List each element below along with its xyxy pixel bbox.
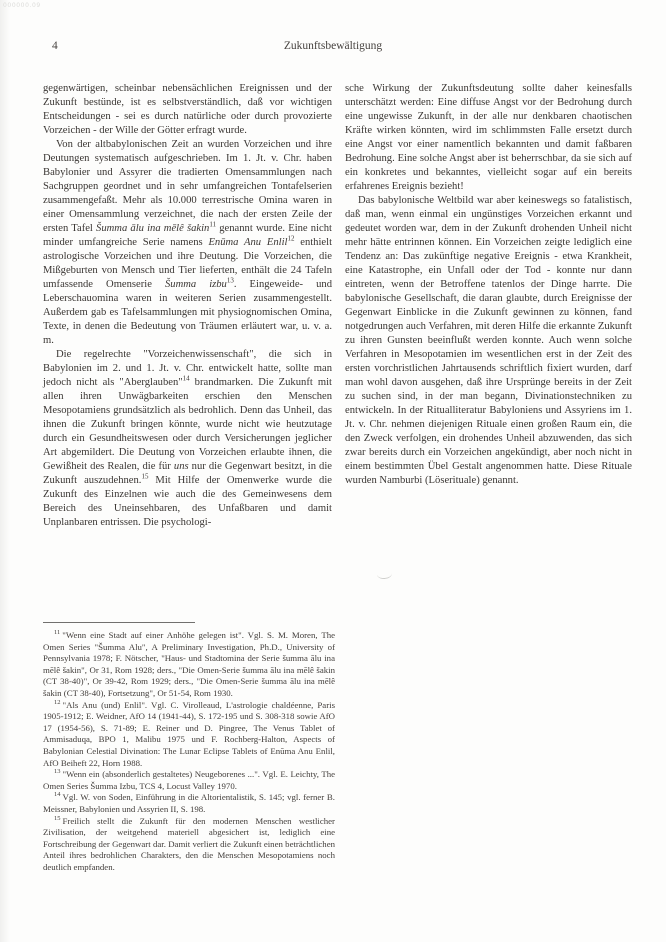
- text-run: "Als Anu (und) Enlil". Vgl. C. Virolleau…: [43, 700, 335, 768]
- footnote-11: 11"Wenn eine Stadt auf einer Anhöhe gele…: [43, 630, 335, 700]
- pencil-mark: [377, 571, 392, 579]
- footnote-reference: 13: [227, 276, 234, 284]
- footnote-12: 12"Als Anu (und) Enlil". Vgl. C. Virolle…: [43, 700, 335, 770]
- text-run: Freilich stellt die Zukunft für den mode…: [43, 816, 335, 872]
- footnote-number: 15: [54, 815, 63, 822]
- paragraph: Die regelrechte "Vorzeichenwissenschaft"…: [43, 348, 332, 530]
- italic-text: Šumma ālu ina mēlê šakin: [96, 223, 209, 234]
- text-run: "Wenn eine Stadt auf einer Anhöhe gelege…: [43, 630, 335, 698]
- text-run: "Wenn ein (absonderlich gestaltetes) Neu…: [43, 769, 335, 791]
- scan-watermark: 000000.09: [3, 2, 41, 9]
- text-run: brandmarken. Die Zukunft mit allen ihren…: [43, 377, 332, 472]
- scan-edge-shadow: [0, 0, 10, 942]
- running-title: Zukunftsbewältigung: [0, 40, 666, 52]
- footnote-number: 12: [54, 699, 63, 706]
- paragraph: Von der altbabylonischen Zeit an wurden …: [43, 138, 332, 348]
- italic-text: Enūma Anu Enlil: [208, 237, 287, 248]
- footnote-14: 14Vgl. W. von Soden, Einführung in die A…: [43, 792, 335, 815]
- italic-text: Šumma izbu: [165, 279, 227, 290]
- footnotes-section: 11"Wenn eine Stadt auf einer Anhöhe gele…: [43, 622, 335, 873]
- footnote-number: 14: [54, 791, 63, 798]
- paragraph: gegenwärtigen, scheinbar nebensächlichen…: [43, 82, 332, 138]
- text-run: sche Wirkung der Zukunftsdeutung sollte …: [345, 83, 632, 192]
- text-run: Von der altbabylonischen Zeit an wurden …: [43, 139, 332, 234]
- right-text-column: sche Wirkung der Zukunftsdeutung sollte …: [345, 82, 632, 488]
- left-text-column: gegenwärtigen, scheinbar nebensächlichen…: [43, 82, 332, 530]
- footnote-separator-rule: [43, 622, 195, 623]
- footnote-13: 13"Wenn ein (absonderlich gestaltetes) N…: [43, 769, 335, 792]
- text-run: gegenwärtigen, scheinbar nebensächlichen…: [43, 83, 332, 136]
- footnote-reference: 14: [183, 374, 190, 382]
- text-run: Vgl. W. von Soden, Einführung in die Alt…: [43, 792, 335, 814]
- footnote-number: 13: [54, 768, 63, 775]
- italic-text: uns: [174, 461, 189, 472]
- footnote-list: 11"Wenn eine Stadt auf einer Anhöhe gele…: [43, 630, 335, 873]
- paragraph: Das babylonische Weltbild war aber keine…: [345, 194, 632, 488]
- text-run: Das babylonische Weltbild war aber keine…: [345, 195, 632, 486]
- footnote-15: 15Freilich stellt die Zukunft für den mo…: [43, 816, 335, 874]
- paragraph: sche Wirkung der Zukunftsdeutung sollte …: [345, 82, 632, 194]
